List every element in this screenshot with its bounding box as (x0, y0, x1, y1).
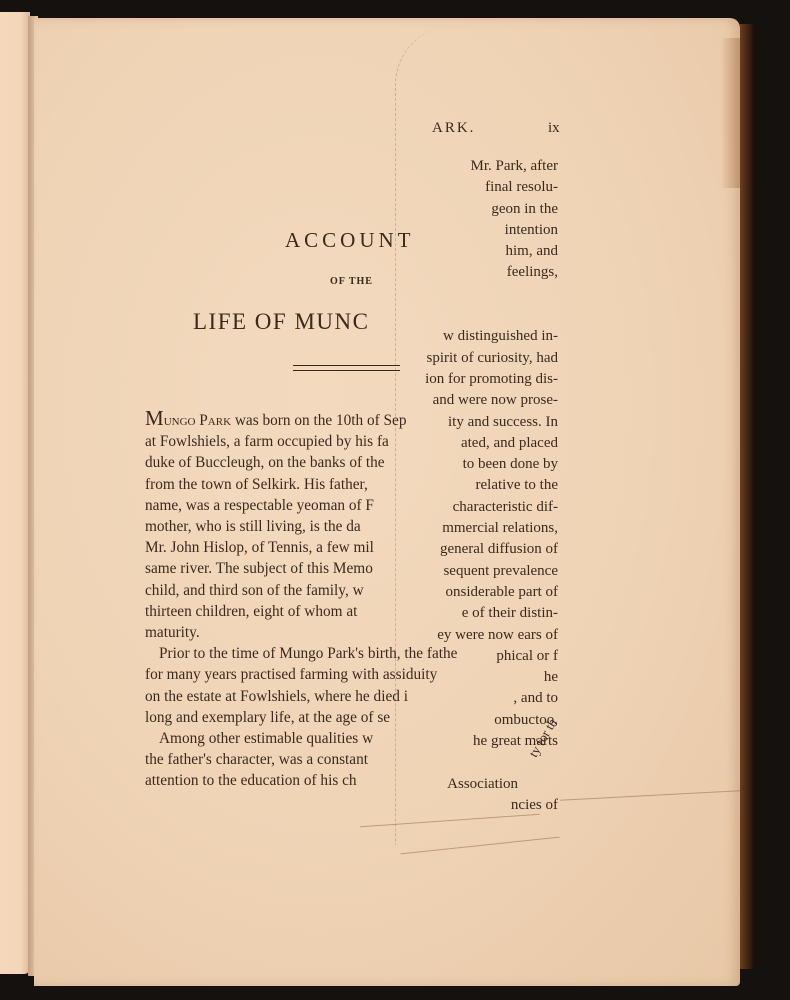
right-line: Mr. Park, after (380, 156, 558, 177)
body-line: Mr. John Hislop, of Tennis, a few mil (145, 537, 405, 558)
right-line: relative to the (380, 475, 558, 496)
body-line: Mungo Park was born on the 10th of Sep (145, 408, 405, 431)
body-line: duke of Buccleugh, on the banks of the (145, 452, 405, 473)
drop-cap: M (145, 406, 164, 430)
right-line: to been done by (380, 454, 558, 475)
right-line: and were now prose- (380, 390, 558, 411)
body-line: child, and third son of the family, w (145, 580, 405, 601)
page-number: ix (548, 120, 560, 137)
body-line: on the estate at Fowlshiels, where he di… (145, 686, 405, 707)
body-line: thirteen children, eight of whom at (145, 601, 405, 622)
foxing-stain (720, 38, 740, 188)
right-line: sequent prevalence (380, 561, 558, 582)
right-column-text: Mr. Park, after final resolu- geon in th… (380, 156, 558, 816)
right-line: Association (380, 774, 558, 795)
body-line: maturity. (145, 622, 405, 643)
right-line: ombuctoo, (380, 710, 558, 731)
body-text: Mungo Park was born on the 10th of Sep a… (145, 408, 405, 792)
facing-page-edge (0, 12, 30, 974)
body-line: from the town of Selkirk. His father, (145, 474, 405, 495)
right-line (380, 284, 558, 305)
body-line: the father's character, was a constant (145, 749, 405, 770)
right-line: w distinguished in- (380, 326, 558, 347)
body-line: same river. The subject of this Memo (145, 558, 405, 579)
body-line: Prior to the time of Mungo Park's birth,… (145, 643, 405, 664)
right-line: onsiderable part of (380, 582, 558, 603)
book-cover-edge (740, 24, 754, 969)
body-line: long and exemplary life, at the age of s… (145, 707, 405, 728)
title-life-of: LIFE OF MUNC (193, 309, 369, 335)
right-line: characteristic dif- (380, 497, 558, 518)
body-line: Among other estimable qualities w (145, 728, 405, 749)
title-of-the: OF THE (330, 276, 373, 287)
right-line (380, 305, 558, 326)
body-line: attention to the education of his ch (145, 770, 405, 791)
right-line: mmercial relations, (380, 518, 558, 539)
right-line: final resolu- (380, 177, 558, 198)
right-line: ion for promoting dis- (380, 369, 558, 390)
right-line: feelings, (380, 262, 558, 283)
body-line: for many years practised farming with as… (145, 664, 405, 685)
right-line: ated, and placed (380, 433, 558, 454)
right-line: ncies of (380, 795, 558, 816)
body-line: name, was a respectable yeoman of F (145, 495, 405, 516)
body-line: mother, who is still living, is the da (145, 516, 405, 537)
running-header: ARK. (432, 120, 475, 137)
right-line: e of their distin- (380, 603, 558, 624)
right-line: him, and (380, 241, 558, 262)
body-line: at Fowlshiels, a farm occupied by his fa (145, 431, 405, 452)
small-caps-name: ungo Park (164, 412, 231, 429)
right-line: intention (380, 220, 558, 241)
right-line: spirit of curiosity, had (380, 348, 558, 369)
right-line: geon in the (380, 199, 558, 220)
right-line: general diffusion of (380, 539, 558, 560)
